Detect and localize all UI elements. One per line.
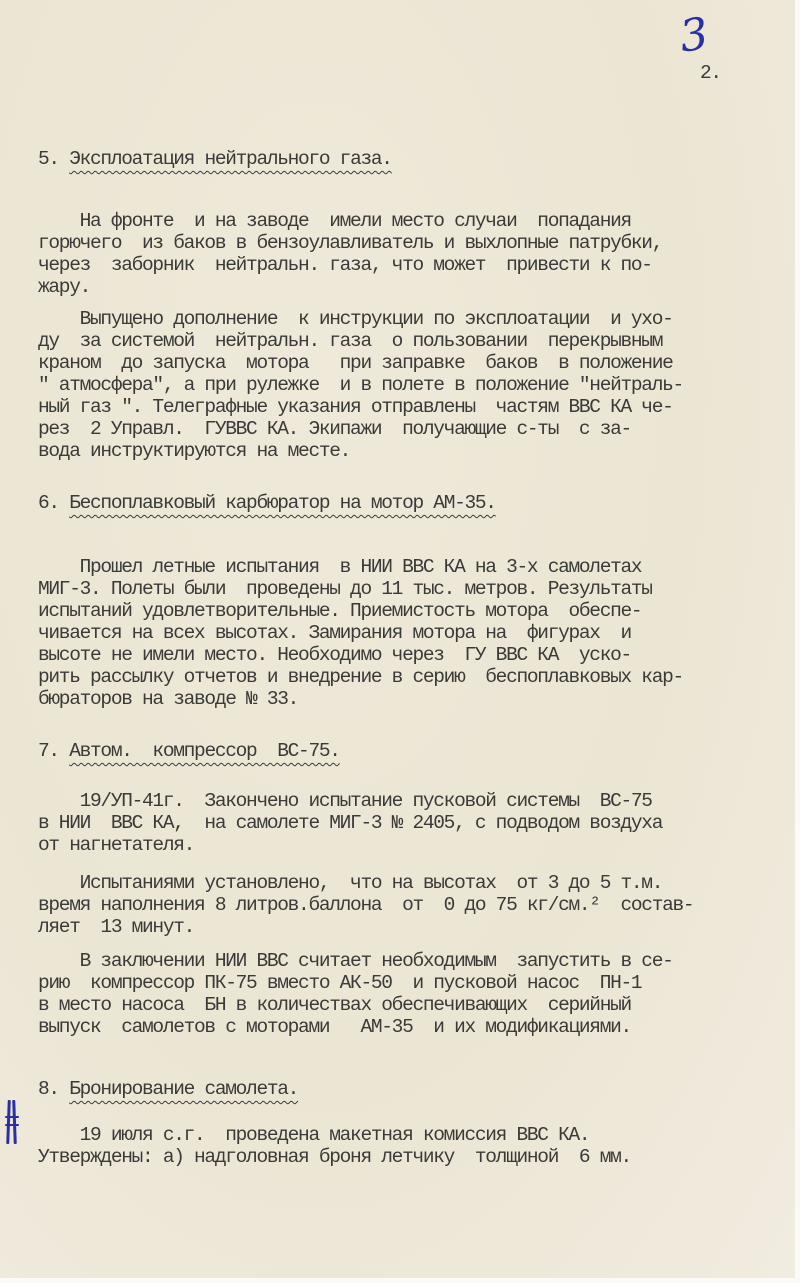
text-line: в место насоса БН в количествах обеспечи… [38, 994, 673, 1016]
section-5-paragraph-2: Выпущено дополнение к инструкции по эксп… [38, 308, 683, 462]
section-7-heading: 7. Автом. компрессор ВС-75. [38, 740, 340, 762]
section-title: Автом. компрессор ВС-75. [69, 740, 339, 762]
section-6-heading: 6. Беспоплавковый карбюратор на мотор АМ… [38, 492, 496, 514]
text-line: МИГ-3. Полеты были проведены до 11 тыс. … [38, 578, 683, 600]
text-line: краном до запуска мотора при заправке ба… [38, 352, 683, 374]
section-7-paragraph-1: 19/УП-41г. Закончено испытание пусковой … [38, 790, 662, 856]
section-title: Бронирование самолета. [69, 1078, 298, 1100]
text-line: испытаний удовлетворительные. Приемистос… [38, 600, 683, 622]
text-line: Выпущено дополнение к инструкции по эксп… [38, 308, 683, 330]
text-line: " атмосфера", а при рулежке и в полете в… [38, 374, 683, 396]
text-line: В заключении НИИ ВВС считает необходимым… [38, 950, 673, 972]
text-line: ду за системой нейтральн. газа о пользов… [38, 330, 683, 352]
text-line: Утверждены: а) надголовная броня летчику… [38, 1146, 631, 1168]
text-line: вода инструктируются на месте. [38, 440, 683, 462]
section-8-heading: 8. Бронирование самолета. [38, 1078, 298, 1100]
page-number: 2. [700, 62, 721, 84]
section-5-heading: 5. Эксплоатация нейтрального газа. [38, 148, 392, 170]
text-line: 19 июля с.г. проведена макетная комиссия… [38, 1124, 631, 1146]
section-number: 8. [38, 1078, 59, 1100]
section-title: Эксплоатация нейтрального газа. [69, 148, 391, 170]
section-number: 7. [38, 740, 59, 762]
text-line: в НИИ ВВС КА, на самолете МИГ-3 № 2405, … [38, 812, 662, 834]
text-line: рить рассылку отчетов и внедрение в сери… [38, 666, 683, 688]
text-line: Испытаниями установлено, что на высотах … [38, 872, 693, 894]
text-line: ляет 13 минут. [38, 916, 693, 938]
section-8-paragraph-1: 19 июля с.г. проведена макетная комиссия… [38, 1124, 631, 1168]
section-5-paragraph-1: На фронте и на заводе имели место случаи… [38, 210, 662, 298]
section-7-paragraph-2: Испытаниями установлено, что на высотах … [38, 872, 693, 938]
section-title: Беспоплавковый карбюратор на мотор АМ-35… [69, 492, 495, 514]
text-line: выпуск самолетов с моторами АМ-35 и их м… [38, 1016, 673, 1038]
text-line: рию компрессор ПК-75 вместо АК-50 и пуск… [38, 972, 673, 994]
text-line: высоте не имели место. Необходимо через … [38, 644, 683, 666]
text-line: через заборник нейтральн. газа, что може… [38, 254, 662, 276]
section-number: 6. [38, 492, 59, 514]
text-line: рез 2 Управл. ГУВВС КА. Экипажи получающ… [38, 418, 683, 440]
text-line: 19/УП-41г. Закончено испытание пусковой … [38, 790, 662, 812]
text-line: время наполнения 8 литров.баллона от 0 д… [38, 894, 693, 916]
text-line: На фронте и на заводе имели место случаи… [38, 210, 662, 232]
text-line: от нагнетателя. [38, 834, 662, 856]
text-line: бюраторов на заводе № 33. [38, 688, 683, 710]
archive-sheet-number: 3 [677, 12, 711, 59]
text-line: чивается на всех высотах. Замирания мото… [38, 622, 683, 644]
text-line: жару. [38, 276, 662, 298]
text-line: Прошел летные испытания в НИИ ВВС КА на … [38, 556, 683, 578]
document-page: 3 2. 5. Эксплоатация нейтрального газа. … [0, 0, 795, 1278]
section-number: 5. [38, 148, 59, 170]
section-7-paragraph-3: В заключении НИИ ВВС считает необходимым… [38, 950, 673, 1038]
text-line: горючего из баков в бензоулавливатель и … [38, 232, 662, 254]
text-line: ный газ ". Телеграфные указания отправле… [38, 396, 683, 418]
margin-pen-mark-icon [5, 1100, 17, 1144]
section-6-paragraph-1: Прошел летные испытания в НИИ ВВС КА на … [38, 556, 683, 710]
